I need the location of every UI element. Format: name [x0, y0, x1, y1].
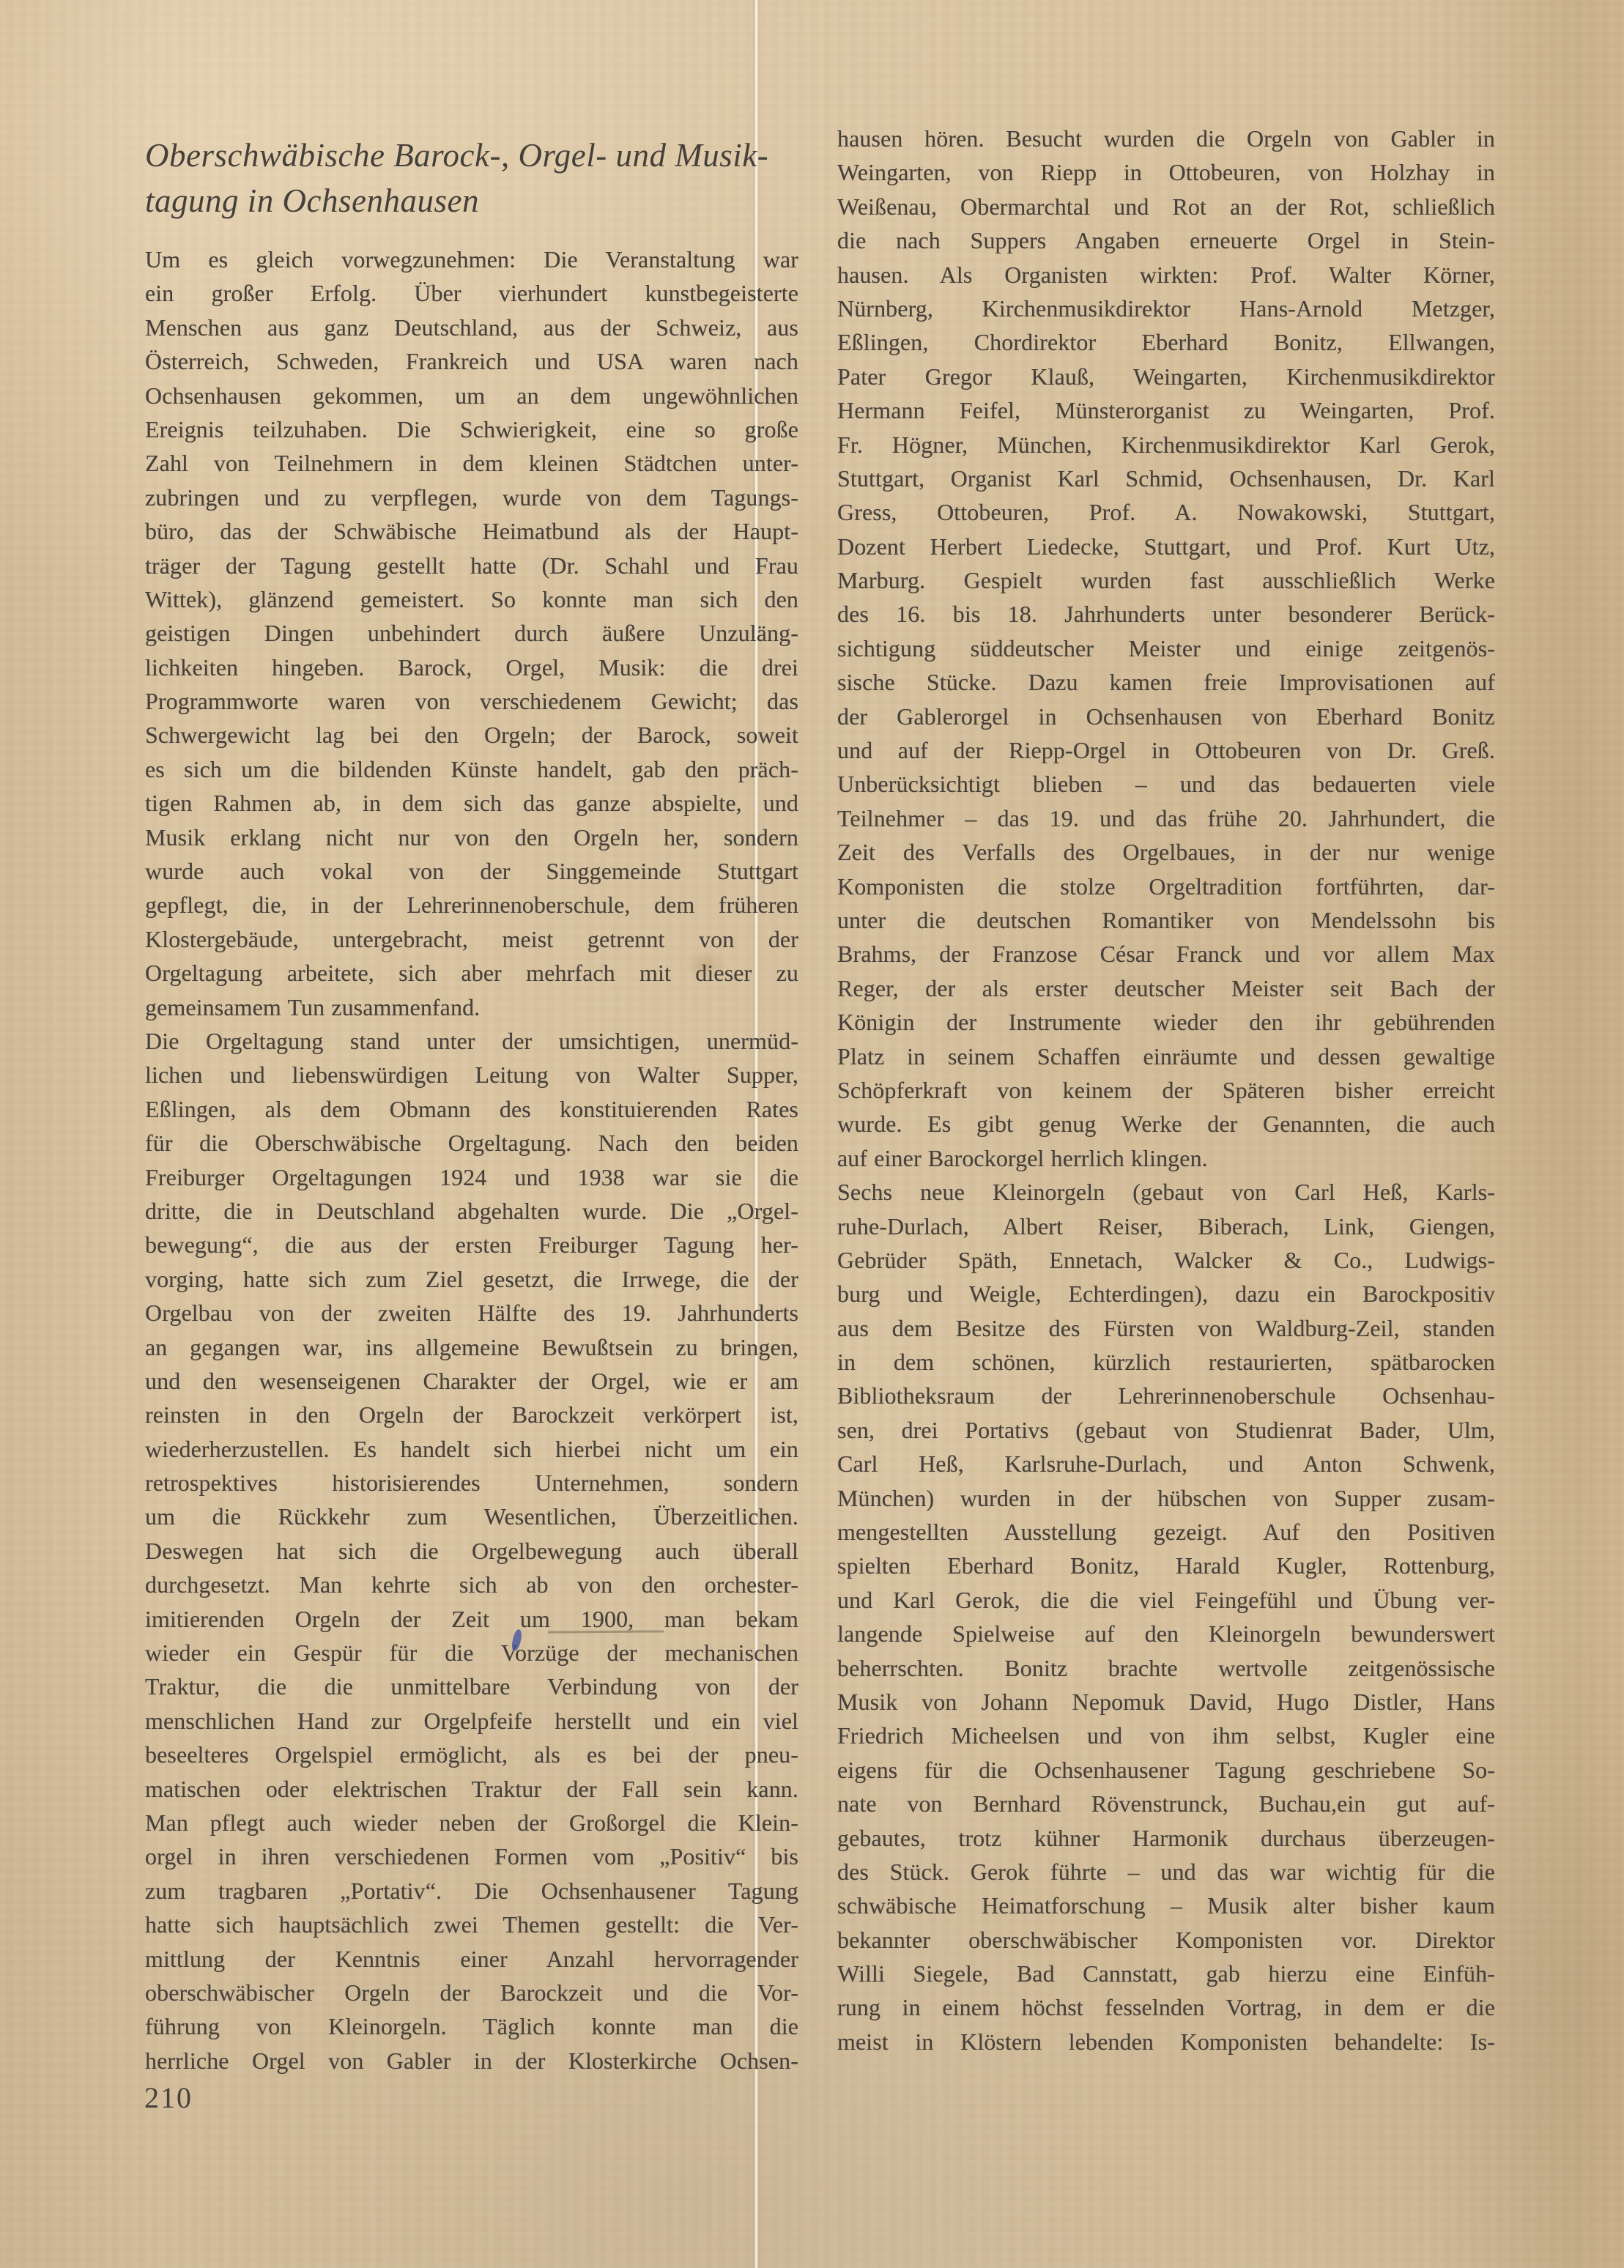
article-title-line-2: tagung in Ochsenhausen — [145, 178, 804, 223]
text-line: spielten Eberhard Bonitz, Harald Kugler,… — [837, 1549, 1495, 1582]
text-line: führung von Kleinorgeln. Täglich konnte … — [145, 2009, 798, 2043]
text-line: Gress, Ottobeuren, Prof. A. Nowakowski, … — [837, 495, 1495, 529]
text-line: Dozent Herbert Liedecke, Stuttgart, und … — [837, 530, 1495, 563]
text-line: lichkeiten hingeben. Barock, Orgel, Musi… — [145, 651, 798, 684]
text-line: imitierenden Orgeln der Zeit um 1900, ma… — [145, 1602, 798, 1636]
text-line: Man pflegt auch wieder neben der Großorg… — [145, 1806, 798, 1839]
text-line: wiederherzustellen. Es handelt sich hier… — [145, 1432, 798, 1466]
text-line: und Karl Gerok, die die viel Feingefühl … — [837, 1583, 1495, 1617]
text-line: Willi Siegele, Bad Cannstatt, gab hierzu… — [837, 1957, 1495, 1990]
text-line: ein großer Erfolg. Über vierhundert kuns… — [145, 276, 798, 310]
text-line: Zeit des Verfalls des Orgelbaues, in der… — [837, 835, 1495, 869]
text-line: Carl Heß, Karlsruhe-Durlach, und Anton S… — [837, 1447, 1495, 1480]
text-line: nate von Bernhard Rövenstrunck, Buchau,e… — [837, 1787, 1495, 1820]
text-line: Hermann Feifel, Münsterorganist zu Weing… — [837, 393, 1495, 427]
text-line: herrliche Orgel von Gabler in der Kloste… — [145, 2044, 798, 2078]
text-line: reinsten in den Orgeln der Barockzeit ve… — [145, 1398, 798, 1431]
text-line: in dem schönen, kürzlich restaurierten, … — [837, 1345, 1495, 1379]
text-line: eigens für die Ochsenhausener Tagung ges… — [837, 1753, 1495, 1787]
text-line: Pater Gregor Klauß, Weingarten, Kirchenm… — [837, 360, 1495, 393]
text-line: Programmworte waren von verschiedenem Ge… — [145, 684, 798, 718]
text-line: unter die deutschen Romantiker von Mende… — [837, 903, 1495, 937]
text-line: mittlung der Kenntnis einer Anzahl hervo… — [145, 1942, 798, 1976]
text-line: dritte, die in Deutschland abgehalten wu… — [145, 1194, 798, 1228]
text-line: die nach Suppers Angaben erneuerte Orgel… — [837, 223, 1495, 257]
text-line: Klostergebäude, untergebracht, meist get… — [145, 922, 798, 956]
text-line: Marburg. Gespielt wurden fast ausschließ… — [837, 563, 1495, 597]
text-line: Friedrich Micheelsen und von ihm selbst,… — [837, 1719, 1495, 1752]
text-line: menschlichen Hand zur Orgelpfeife herste… — [145, 1704, 798, 1738]
text-line: Ereignis teilzuhaben. Die Schwierigkeit,… — [145, 412, 798, 446]
text-line: Platz in seinem Schaffen einräumte und d… — [837, 1039, 1495, 1073]
text-line: um die Rückkehr zum Wesentlichen, Überze… — [145, 1500, 798, 1533]
text-line: Österreich, Schweden, Frankreich und USA… — [145, 344, 798, 378]
text-column-right: hausen hören. Besucht wurden die Orgeln … — [837, 122, 1495, 2058]
text-line: bekannter oberschwäbischer Komponisten v… — [837, 1923, 1495, 1957]
text-line: gepflegt, die, in der Lehrerinnenobersch… — [145, 888, 798, 922]
text-line: es sich um die bildenden Künste handelt,… — [145, 752, 798, 786]
text-line: Orgeltagung arbeitete, sich aber mehrfac… — [145, 956, 798, 990]
text-line: ruhe-Durlach, Albert Reiser, Biberach, L… — [837, 1209, 1495, 1243]
text-line: meist in Klöstern lebenden Komponisten b… — [837, 2025, 1495, 2058]
text-line: retrospektives historisierendes Unterneh… — [145, 1466, 798, 1500]
text-line: und auf der Riepp-Orgel in Ottobeuren vo… — [837, 733, 1495, 767]
text-line: und den wesenseigenen Charakter der Orge… — [145, 1364, 798, 1398]
text-line: bewegung“, die aus der ersten Freiburger… — [145, 1228, 798, 1261]
text-line: sichtigung süddeutscher Meister und eini… — [837, 631, 1495, 665]
text-line: Deswegen hat sich die Orgelbewegung auch… — [145, 1534, 798, 1568]
text-line: wieder ein Gespür für die Vorzüge der me… — [145, 1636, 798, 1669]
text-line: des Stück. Gerok führte – und das war wi… — [837, 1855, 1495, 1889]
text-line: Eßlingen, als dem Obmann des konstituier… — [145, 1092, 798, 1126]
text-line: beherrschten. Bonitz brachte wertvolle z… — [837, 1651, 1495, 1685]
scanned-book-page: Oberschwäbische Barock-, Orgel- und Musi… — [0, 0, 1624, 2268]
text-line: Gebrüder Späth, Ennetach, Walcker & Co.,… — [837, 1243, 1495, 1277]
text-line: durchgesetzt. Man kehrte sich ab von den… — [145, 1568, 798, 1601]
text-line: schwäbische Heimatforschung – Musik alte… — [837, 1889, 1495, 1922]
text-line: träger der Tagung gestellt hatte (Dr. Sc… — [145, 549, 798, 582]
text-line: zum tragbaren „Portativ“. Die Ochsenhaus… — [145, 1874, 798, 1908]
text-line: auf einer Barockorgel herrlich klingen. — [837, 1141, 1495, 1175]
text-line: Freiburger Orgeltagungen 1924 und 1938 w… — [145, 1160, 798, 1194]
article-title-line-1: Oberschwäbische Barock-, Orgel- und Musi… — [145, 133, 804, 178]
text-line: Fr. Högner, München, Kirchenmusikdirekto… — [837, 428, 1495, 462]
text-line: burg und Weigle, Echterdingen), dazu ein… — [837, 1277, 1495, 1311]
text-line: Zahl von Teilnehmern in dem kleinen Städ… — [145, 446, 798, 480]
text-line: Schwergewicht lag bei den Orgeln; der Ba… — [145, 718, 798, 752]
text-line: Weingarten, von Riepp in Ottobeuren, von… — [837, 155, 1495, 189]
text-line: langende Spielweise auf den Kleinorgeln … — [837, 1617, 1495, 1650]
text-line: wurde auch vokal von der Singgemeinde St… — [145, 854, 798, 888]
text-line: hausen. Als Organisten wirkten: Prof. Wa… — [837, 258, 1495, 292]
text-line: Sechs neue Kleinorgeln (gebaut von Carl … — [837, 1175, 1495, 1209]
text-line: Komponisten die stolze Orgeltradition fo… — [837, 870, 1495, 903]
text-line: Menschen aus ganz Deutschland, aus der S… — [145, 311, 798, 344]
text-line: Traktur, die die unmittelbare Verbindung… — [145, 1669, 798, 1703]
text-line: Eßlingen, Chordirektor Eberhard Bonitz, … — [837, 325, 1495, 359]
text-line: sische Stücke. Dazu kamen freie Improvis… — [837, 665, 1495, 699]
page-number: 210 — [144, 2080, 193, 2115]
text-column-left: Um es gleich vorwegzunehmen: Die Veranst… — [145, 242, 798, 2078]
text-line: Schöpferkraft von keinem der Späteren bi… — [837, 1073, 1495, 1107]
text-line: hausen hören. Besucht wurden die Orgeln … — [837, 122, 1495, 155]
text-line: Musik erklang nicht nur von den Orgeln h… — [145, 820, 798, 854]
article-title: Oberschwäbische Barock-, Orgel- und Musi… — [145, 133, 804, 223]
text-line: Wittek), glänzend gemeistert. So konnte … — [145, 582, 798, 616]
text-line: Nürnberg, Kirchenmusikdirektor Hans-Arno… — [837, 292, 1495, 325]
text-line: geistigen Dingen unbehindert durch äußer… — [145, 616, 798, 650]
text-line: Orgelbau von der zweiten Hälfte des 19. … — [145, 1296, 798, 1330]
text-line: lichen und liebenswürdigen Leitung von W… — [145, 1058, 798, 1092]
text-line: oberschwäbischer Orgeln der Barockzeit u… — [145, 1976, 798, 2009]
text-line: der Gablerorgel in Ochsenhausen von Eber… — [837, 700, 1495, 733]
text-line: des 16. bis 18. Jahrhunderts unter beson… — [837, 597, 1495, 631]
text-line: vorging, hatte sich zum Ziel gesetzt, di… — [145, 1262, 798, 1296]
text-line: büro, das der Schwäbische Heimatbund als… — [145, 514, 798, 548]
text-line: mengestellten Ausstellung gezeigt. Auf d… — [837, 1515, 1495, 1549]
text-line: rung in einem höchst fesselnden Vortrag,… — [837, 1990, 1495, 2024]
text-line: Unberücksichtigt blieben – und das bedau… — [837, 767, 1495, 801]
text-line: zubringen und zu verpflegen, wurde von d… — [145, 481, 798, 514]
text-line: Um es gleich vorwegzunehmen: Die Veranst… — [145, 242, 798, 276]
text-line: für die Oberschwäbische Orgeltagung. Nac… — [145, 1126, 798, 1160]
text-line: gebautes, trotz kühner Harmonik durchaus… — [837, 1821, 1495, 1855]
text-line: Musik von Johann Nepomuk David, Hugo Dis… — [837, 1685, 1495, 1719]
text-line: Teilnehmer – das 19. und das frühe 20. J… — [837, 801, 1495, 835]
text-line: Reger, der als erster deutscher Meister … — [837, 971, 1495, 1005]
text-line: beseelteres Orgelspiel ermöglicht, als e… — [145, 1738, 798, 1771]
text-line: orgel in ihren verschiedenen Formen vom … — [145, 1839, 798, 1873]
text-line: Die Orgeltagung stand unter der umsichti… — [145, 1024, 798, 1058]
text-line: Stuttgart, Organist Karl Schmid, Ochsenh… — [837, 462, 1495, 495]
text-line: Bibliotheksraum der Lehrerinnenoberschul… — [837, 1379, 1495, 1412]
text-line: gemeinsamem Tun zusammenfand. — [145, 990, 798, 1024]
text-line: tigen Rahmen ab, in dem sich das ganze a… — [145, 786, 798, 820]
text-line: hatte sich hauptsächlich zwei Themen ges… — [145, 1908, 798, 1941]
text-line: München) wurden in der hübschen von Supp… — [837, 1481, 1495, 1515]
text-line: sen, drei Portativs (gebaut von Studienr… — [837, 1413, 1495, 1447]
text-line: Weißenau, Obermarchtal und Rot an der Ro… — [837, 190, 1495, 223]
text-line: an gegangen war, ins allgemeine Bewußtse… — [145, 1330, 798, 1364]
text-line: Ochsenhausen gekommen, um an dem ungewöh… — [145, 379, 798, 412]
text-line: wurde. Es gibt genug Werke der Genannten… — [837, 1107, 1495, 1141]
text-line: Königin der Instrumente wieder den ihr g… — [837, 1005, 1495, 1039]
text-line: Brahms, der Franzose César Franck und vo… — [837, 937, 1495, 971]
text-line: matischen oder elektrischen Traktur der … — [145, 1772, 798, 1806]
text-line: aus dem Besitze des Fürsten von Waldburg… — [837, 1311, 1495, 1345]
